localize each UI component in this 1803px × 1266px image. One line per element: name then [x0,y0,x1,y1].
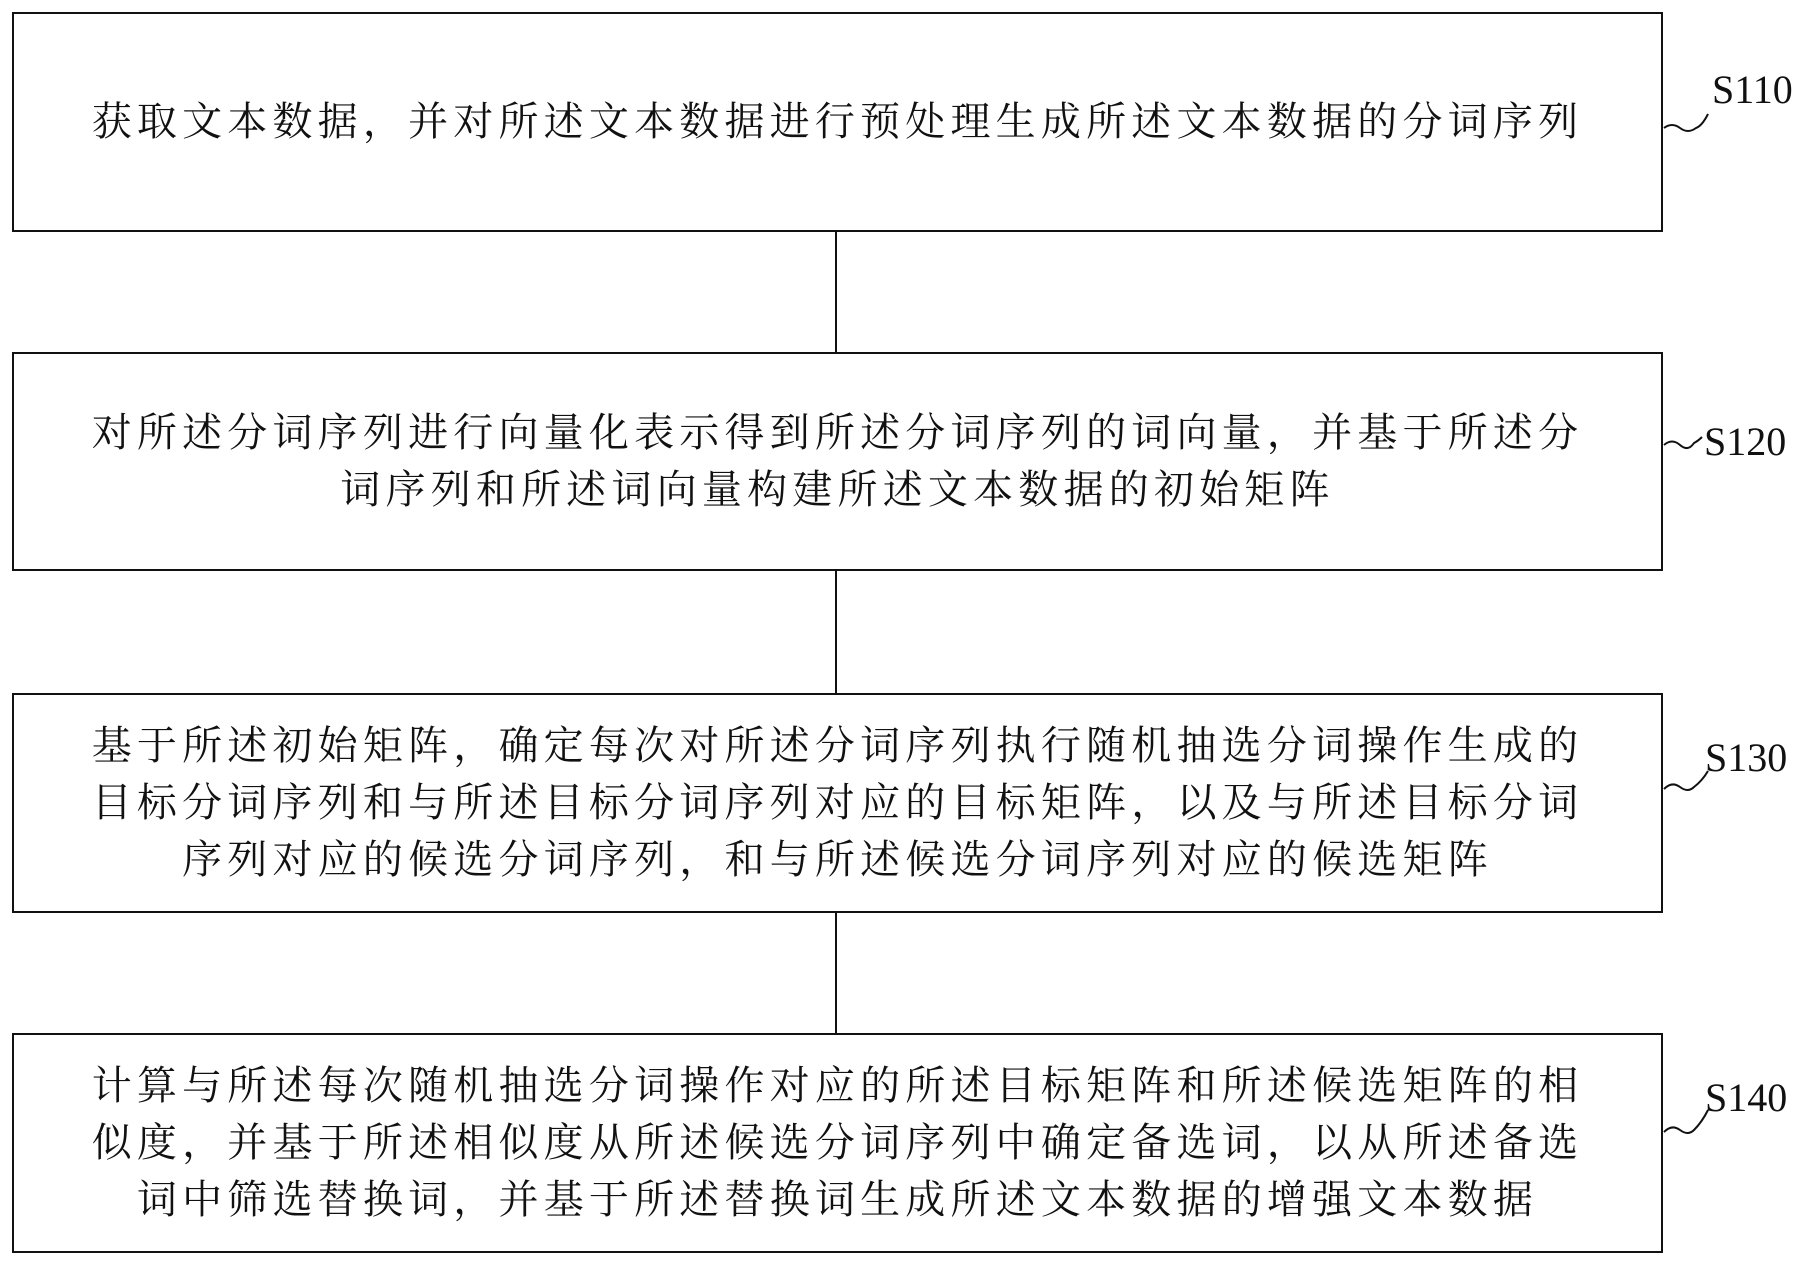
step-text-line: 对所述分词序列进行向量化表示得到所述分词序列的词向量，并基于所述分 [38,405,1638,462]
step-label-s130: S130 [1705,738,1787,778]
step-label-s140: S140 [1705,1078,1787,1118]
connector-s120-s130 [835,571,837,693]
leader-line-s120 [1664,437,1702,448]
leader-line-s140 [1664,1110,1708,1133]
step-text-line: 目标分词序列和与所述目标分词序列对应的目标矩阵，以及与所述目标分词 [38,775,1638,832]
step-text-line: 基于所述初始矩阵，确定每次对所述分词序列执行随机抽选分词操作生成的 [38,718,1638,775]
step-text-s140: 计算与所述每次随机抽选分词操作对应的所述目标矩阵和所述候选矩阵的相 似度，并基于… [38,1058,1638,1229]
step-box-s110: 获取文本数据，并对所述文本数据进行预处理生成所述文本数据的分词序列 [12,12,1663,232]
step-text-line: 词序列和所述词向量构建所述文本数据的初始矩阵 [38,462,1638,519]
leader-line-s130 [1664,771,1708,790]
step-box-s130: 基于所述初始矩阵，确定每次对所述分词序列执行随机抽选分词操作生成的 目标分词序列… [12,693,1663,913]
step-text-line: 计算与所述每次随机抽选分词操作对应的所述目标矩阵和所述候选矩阵的相 [38,1058,1638,1115]
step-text-line: 序列对应的候选分词序列，和与所述候选分词序列对应的候选矩阵 [38,832,1638,889]
step-text-line: 似度，并基于所述相似度从所述候选分词序列中确定备选词，以从所述备选 [38,1115,1638,1172]
step-label-s110: S110 [1712,70,1793,110]
step-text-line: 词中筛选替换词，并基于所述替换词生成所述文本数据的增强文本数据 [38,1172,1638,1229]
leader-line-s110 [1664,114,1708,131]
step-text-s110: 获取文本数据，并对所述文本数据进行预处理生成所述文本数据的分词序列 [38,94,1638,151]
step-box-s120: 对所述分词序列进行向量化表示得到所述分词序列的词向量，并基于所述分 词序列和所述… [12,352,1663,571]
step-text-line: 获取文本数据，并对所述文本数据进行预处理生成所述文本数据的分词序列 [38,94,1638,151]
step-text-s130: 基于所述初始矩阵，确定每次对所述分词序列执行随机抽选分词操作生成的 目标分词序列… [38,718,1638,889]
connector-s130-s140 [835,913,837,1033]
step-box-s140: 计算与所述每次随机抽选分词操作对应的所述目标矩阵和所述候选矩阵的相 似度，并基于… [12,1033,1663,1253]
step-label-s120: S120 [1704,422,1786,462]
step-text-s120: 对所述分词序列进行向量化表示得到所述分词序列的词向量，并基于所述分 词序列和所述… [38,405,1638,519]
connector-s110-s120 [835,232,837,352]
